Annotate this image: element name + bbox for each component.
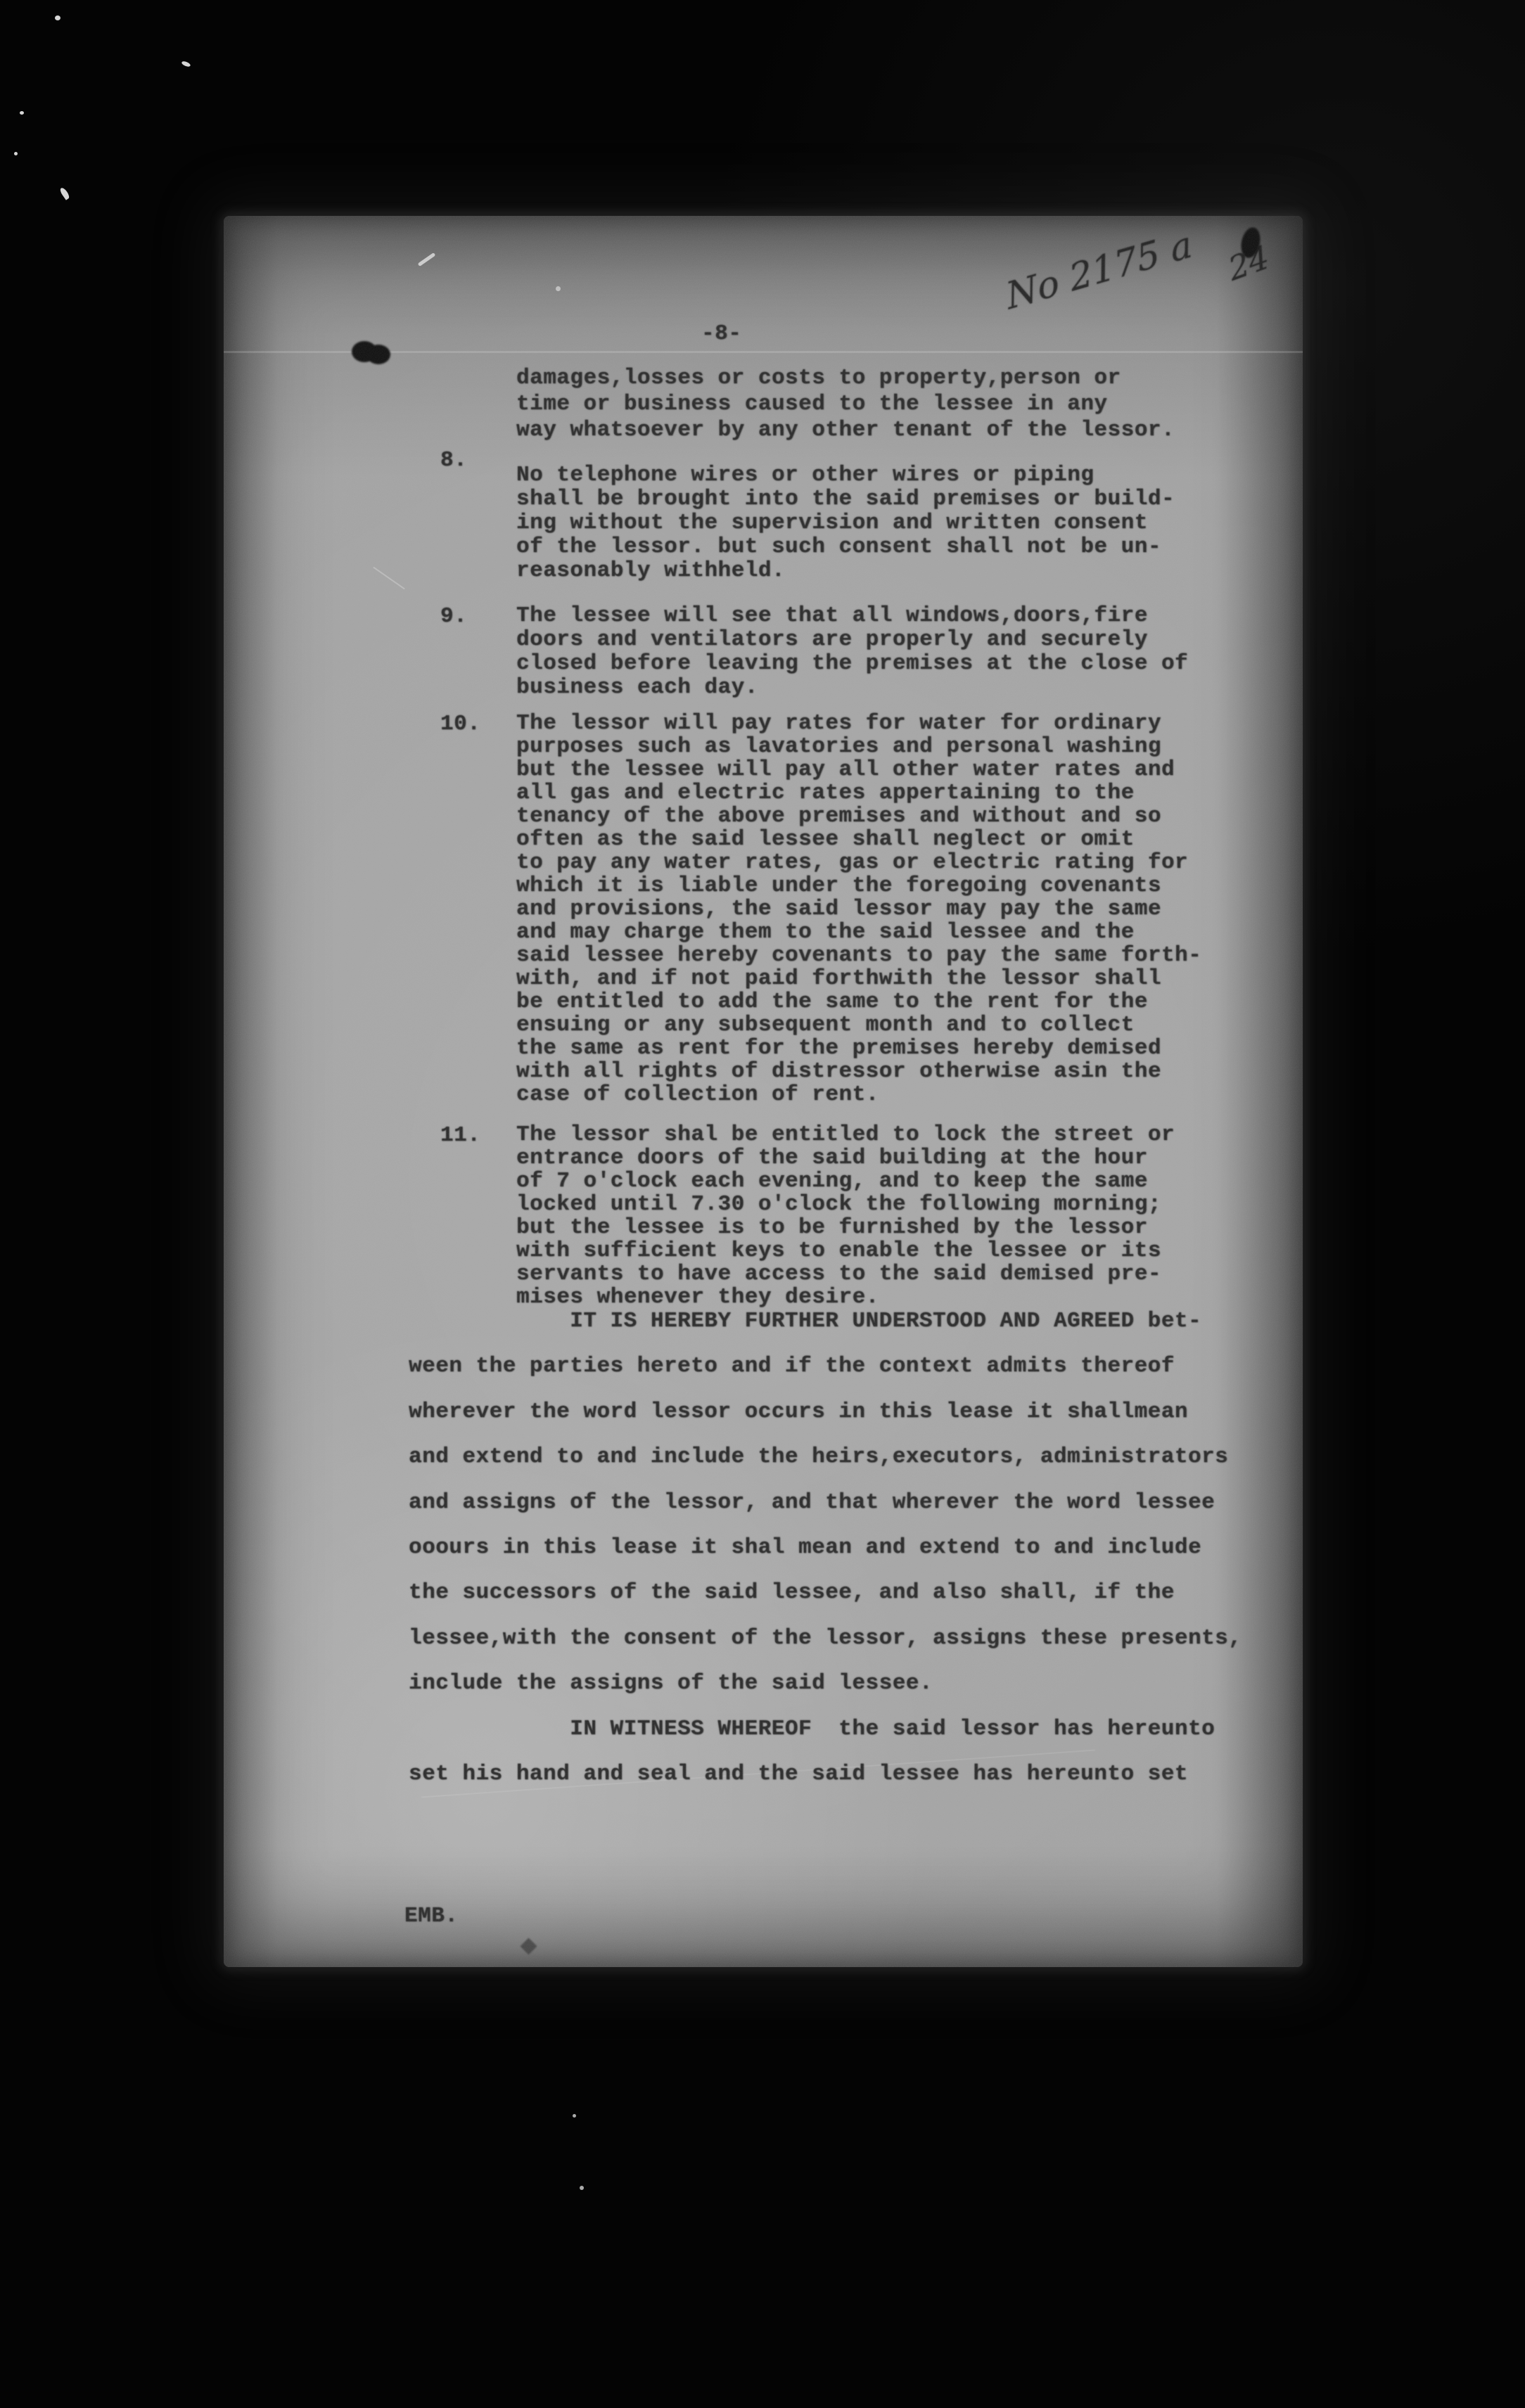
film-frame: -8- No 2175 a 24 damages,losses or costs… xyxy=(0,0,1525,2408)
film-scan-background: { "document": { "page_number": "-8-", "h… xyxy=(0,0,1525,2408)
film-speck xyxy=(580,2186,584,2190)
film-scratch-hook xyxy=(59,186,71,200)
agreement-paragraph: IT IS HEREBY FURTHER UNDERSTOOD AND AGRE… xyxy=(409,1299,1295,1707)
handwritten-reference: No 2175 a xyxy=(1003,224,1195,319)
film-speck xyxy=(55,15,60,20)
clause-11-text: The lessor shal be entitled to lock the … xyxy=(516,1123,1290,1309)
hole-punch-mark xyxy=(352,341,377,362)
clause-11-number: 11. xyxy=(440,1123,508,1148)
film-speck xyxy=(573,2114,576,2118)
scratch-line xyxy=(556,286,561,291)
film-speck xyxy=(14,152,18,155)
film-speck xyxy=(181,60,191,68)
clause-10-text: The lessor will pay rates for water for … xyxy=(516,712,1290,1106)
page-number: -8- xyxy=(701,321,741,346)
scratch-line xyxy=(373,567,404,590)
clause-8-text: No telephone wires or other wires or pip… xyxy=(516,463,1290,583)
clause-8-number: 8. xyxy=(440,448,508,473)
typist-initials: EMB. xyxy=(404,1904,458,1928)
scratch-line xyxy=(418,252,436,267)
clause-7-continuation: damages,losses or costs to property,pers… xyxy=(516,365,1175,443)
witness-paragraph: IN WITNESS WHEREOF the said lessor has h… xyxy=(409,1707,1295,1798)
scratch-line xyxy=(224,351,1303,353)
stamp-mark xyxy=(520,1938,537,1954)
document-page: -8- No 2175 a 24 damages,losses or costs… xyxy=(224,216,1303,1967)
clause-9-text: The lessee will see that all windows,doo… xyxy=(516,604,1290,700)
clause-9-number: 9. xyxy=(440,604,508,629)
film-speck xyxy=(20,111,24,115)
clause-10-number: 10. xyxy=(440,712,508,736)
